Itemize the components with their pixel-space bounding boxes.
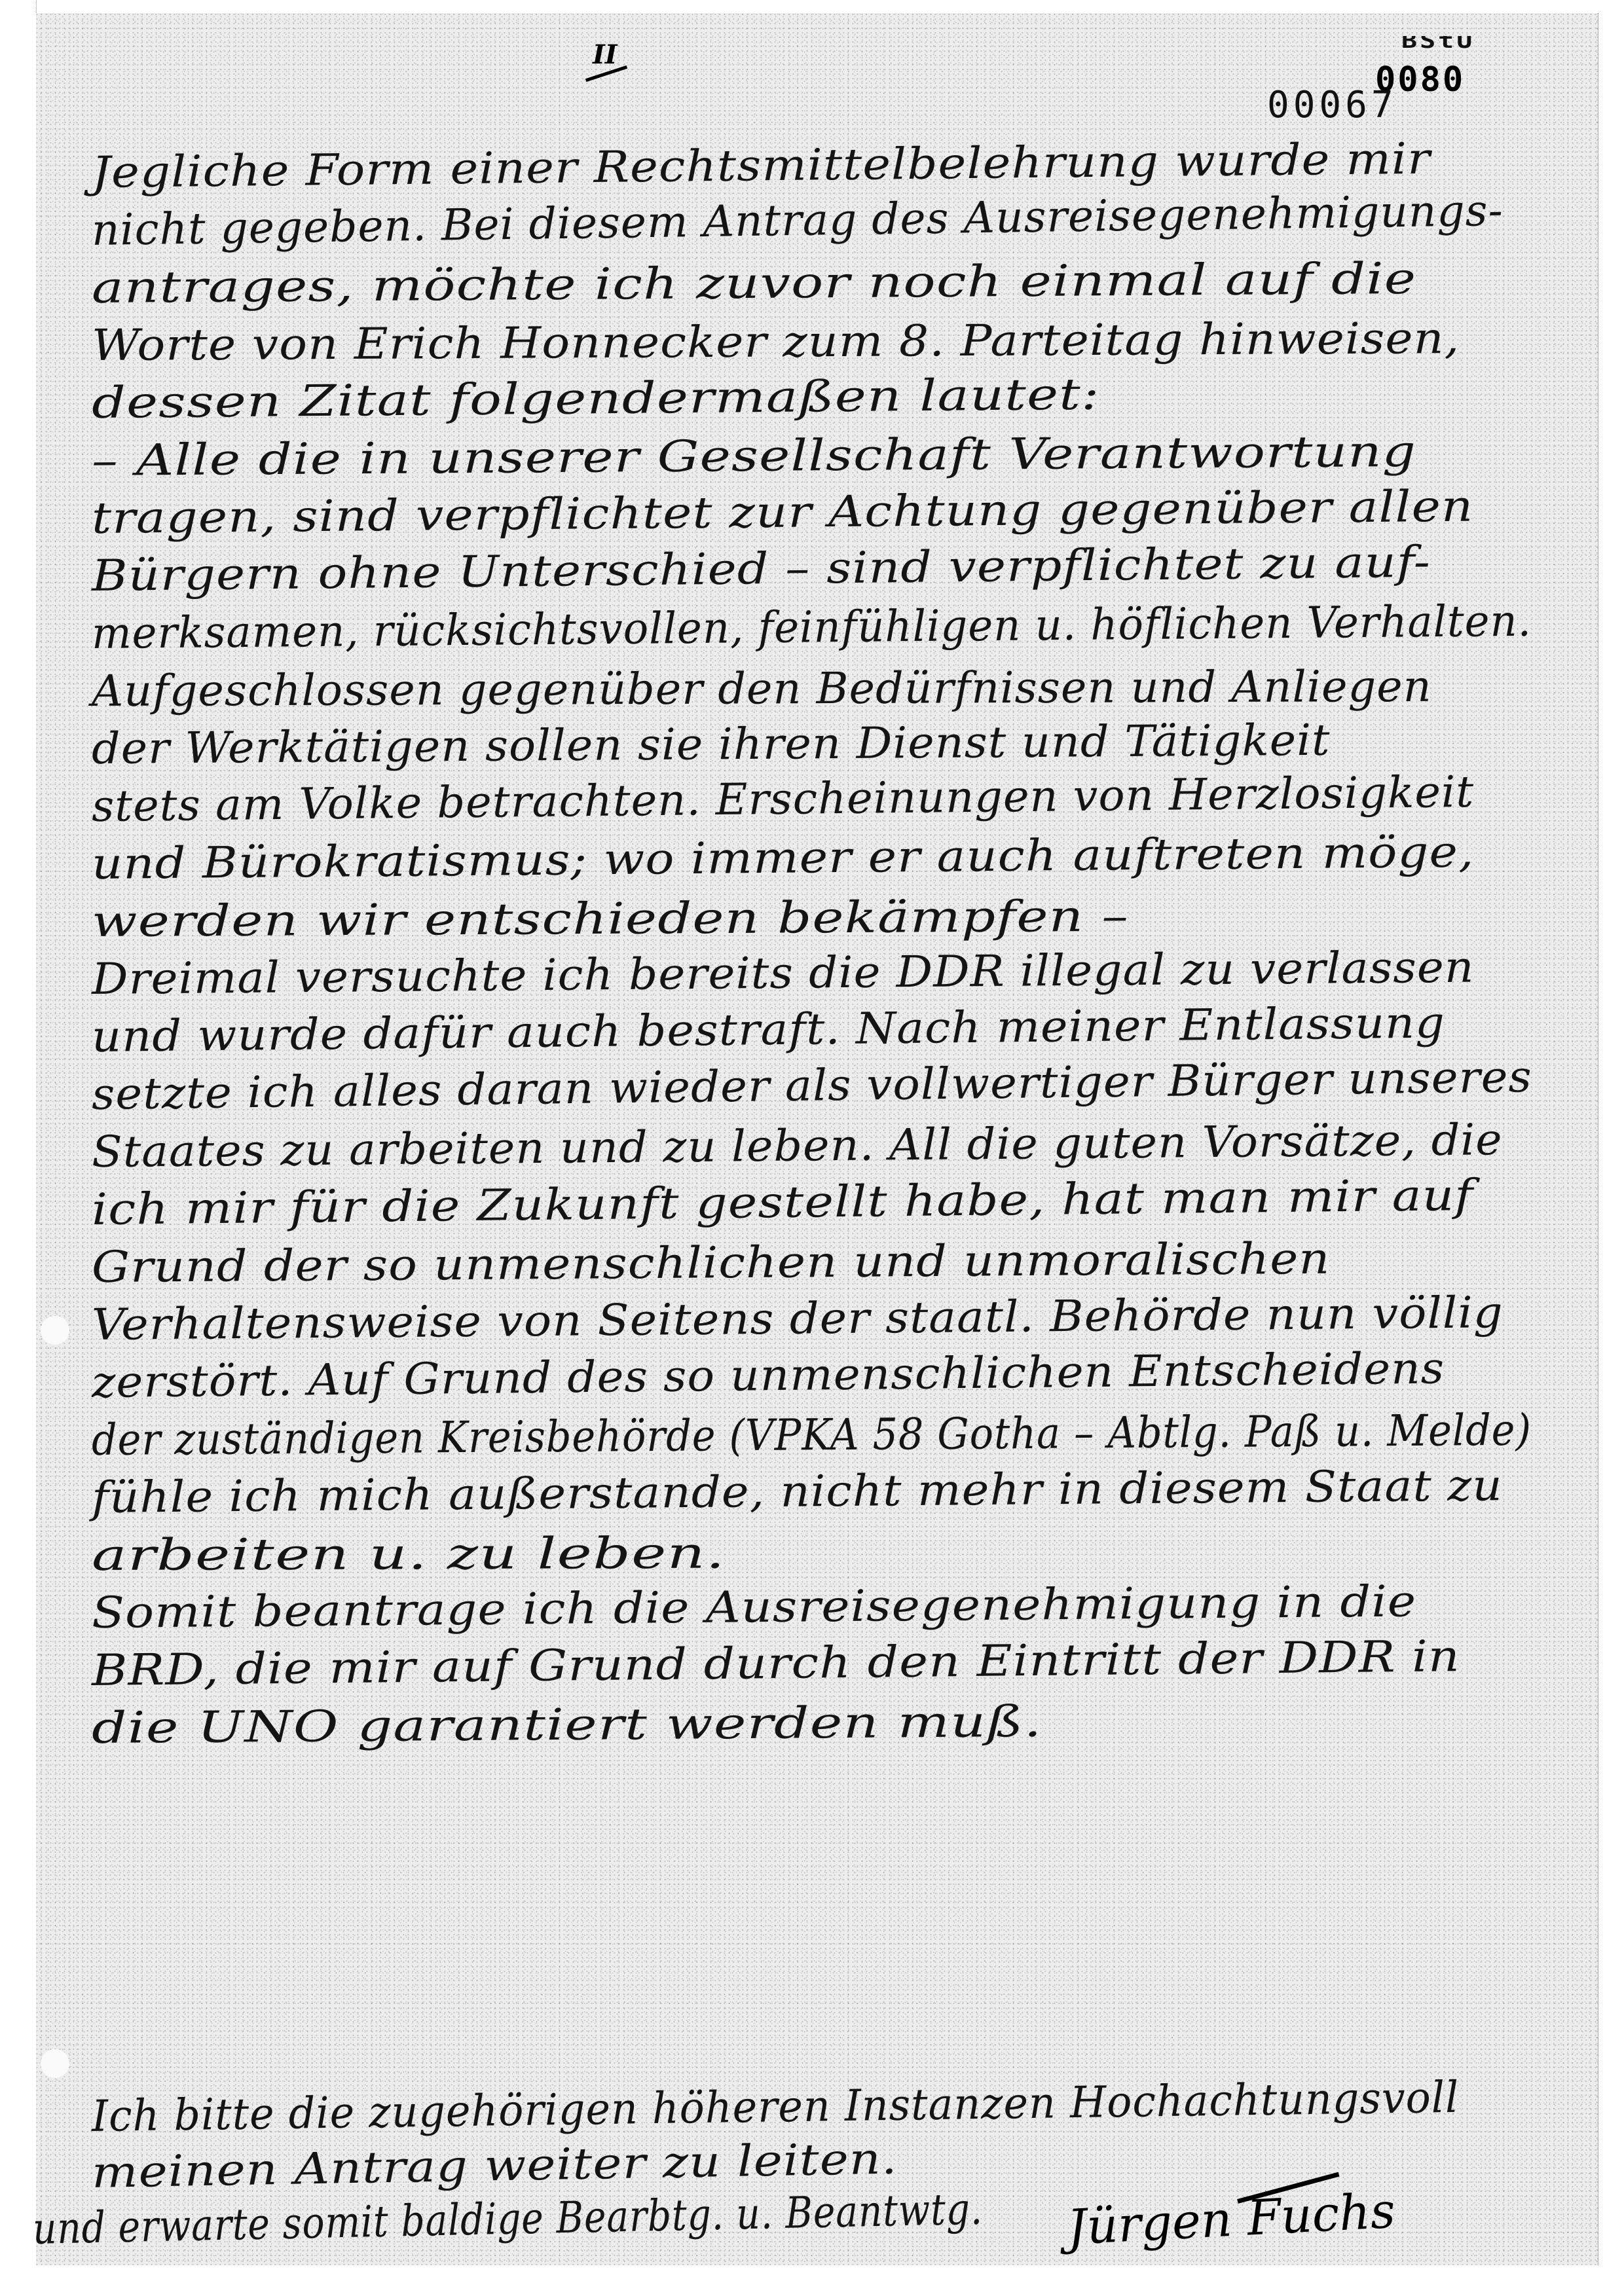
handwritten-line: antrages, möchte ich zuvor noch einmal a…	[92, 246, 1624, 317]
punch-hole	[41, 1316, 69, 1345]
top-mark: II	[593, 39, 617, 70]
scan-bottom-margin	[0, 2265, 1624, 2296]
letter-body: Jegliche Form einer Rechtsmittelbelehrun…	[92, 144, 1598, 1757]
scan-left-margin	[0, 0, 37, 2296]
handwritten-line: merksamen, rücksichtsvollen, feinfühlige…	[92, 592, 1551, 663]
page-number: 00067	[1267, 84, 1397, 126]
punch-hole	[41, 2049, 69, 2078]
